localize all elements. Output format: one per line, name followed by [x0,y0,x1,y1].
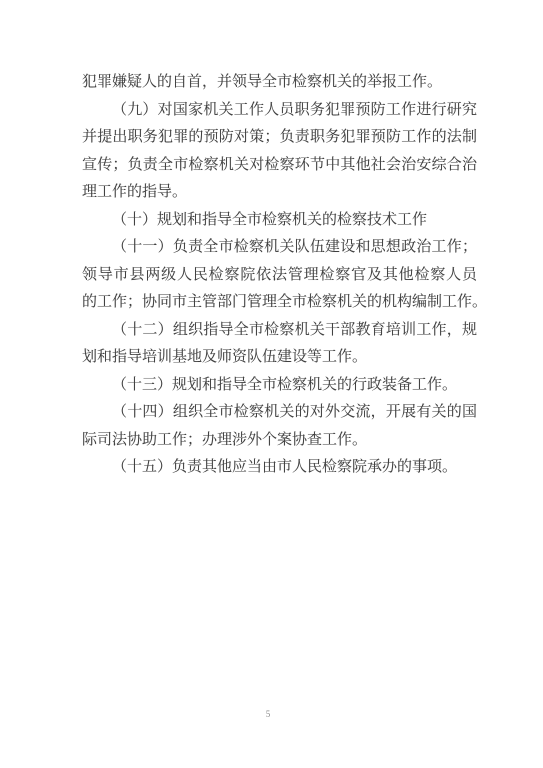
text-line: （十三）规划和指导全市检察机关的行政装备工作。 [82,372,477,400]
text-line: （十一）负责全市检察机关队伍建设和思想政治工作； [82,234,477,262]
paragraph-item-11: （十一）负责全市检察机关队伍建设和思想政治工作； 领导市县两级人民检察院依法管理… [82,234,477,317]
document-text-block: 犯罪嫌疑人的自首，并领导全市检察机关的举报工作。 （九）对国家机关工作人员职务犯… [82,69,477,482]
text-line: 并提出职务犯罪的预防对策；负责职务犯罪预防工作的法制 [82,124,477,152]
paragraph-item-14: （十四）组织全市检察机关的对外交流，开展有关的国 际司法协助工作；办理涉外个案协… [82,399,477,454]
text-line: 的工作；协同市主管部门管理全市检察机关的机构编制工作。 [82,289,477,317]
text-line: 理工作的指导。 [82,179,477,207]
paragraph-continuation: 犯罪嫌疑人的自首，并领导全市检察机关的举报工作。 [82,69,477,97]
paragraph-item-10: （十）规划和指导全市检察机关的检察技术工作 [82,207,477,235]
text-line: （十二）组织指导全市检察机关干部教育培训工作，规 [82,317,477,345]
text-line: 际司法协助工作；办理涉外个案协查工作。 [82,427,477,455]
paragraph-item-13: （十三）规划和指导全市检察机关的行政装备工作。 [82,372,477,400]
text-line: 划和指导培训基地及师资队伍建设等工作。 [82,344,477,372]
paragraph-item-15: （十五）负责其他应当由市人民检察院承办的事项。 [82,454,477,482]
text-line: （十）规划和指导全市检察机关的检察技术工作 [82,207,477,235]
page-number: 5 [0,709,536,719]
text-line: （九）对国家机关工作人员职务犯罪预防工作进行研究 [82,97,477,125]
paragraph-item-9: （九）对国家机关工作人员职务犯罪预防工作进行研究 并提出职务犯罪的预防对策；负责… [82,97,477,207]
text-line: （十四）组织全市检察机关的对外交流，开展有关的国 [82,399,477,427]
text-line: 犯罪嫌疑人的自首，并领导全市检察机关的举报工作。 [82,69,477,97]
paragraph-item-12: （十二）组织指导全市检察机关干部教育培训工作，规 划和指导培训基地及师资队伍建设… [82,317,477,372]
text-line: 领导市县两级人民检察院依法管理检察官及其他检察人员 [82,262,477,290]
text-line: （十五）负责其他应当由市人民检察院承办的事项。 [82,454,477,482]
text-line: 宣传；负责全市检察机关对检察环节中其他社会治安综合治 [82,152,477,180]
document-page: 犯罪嫌疑人的自首，并领导全市检察机关的举报工作。 （九）对国家机关工作人员职务犯… [0,0,543,768]
